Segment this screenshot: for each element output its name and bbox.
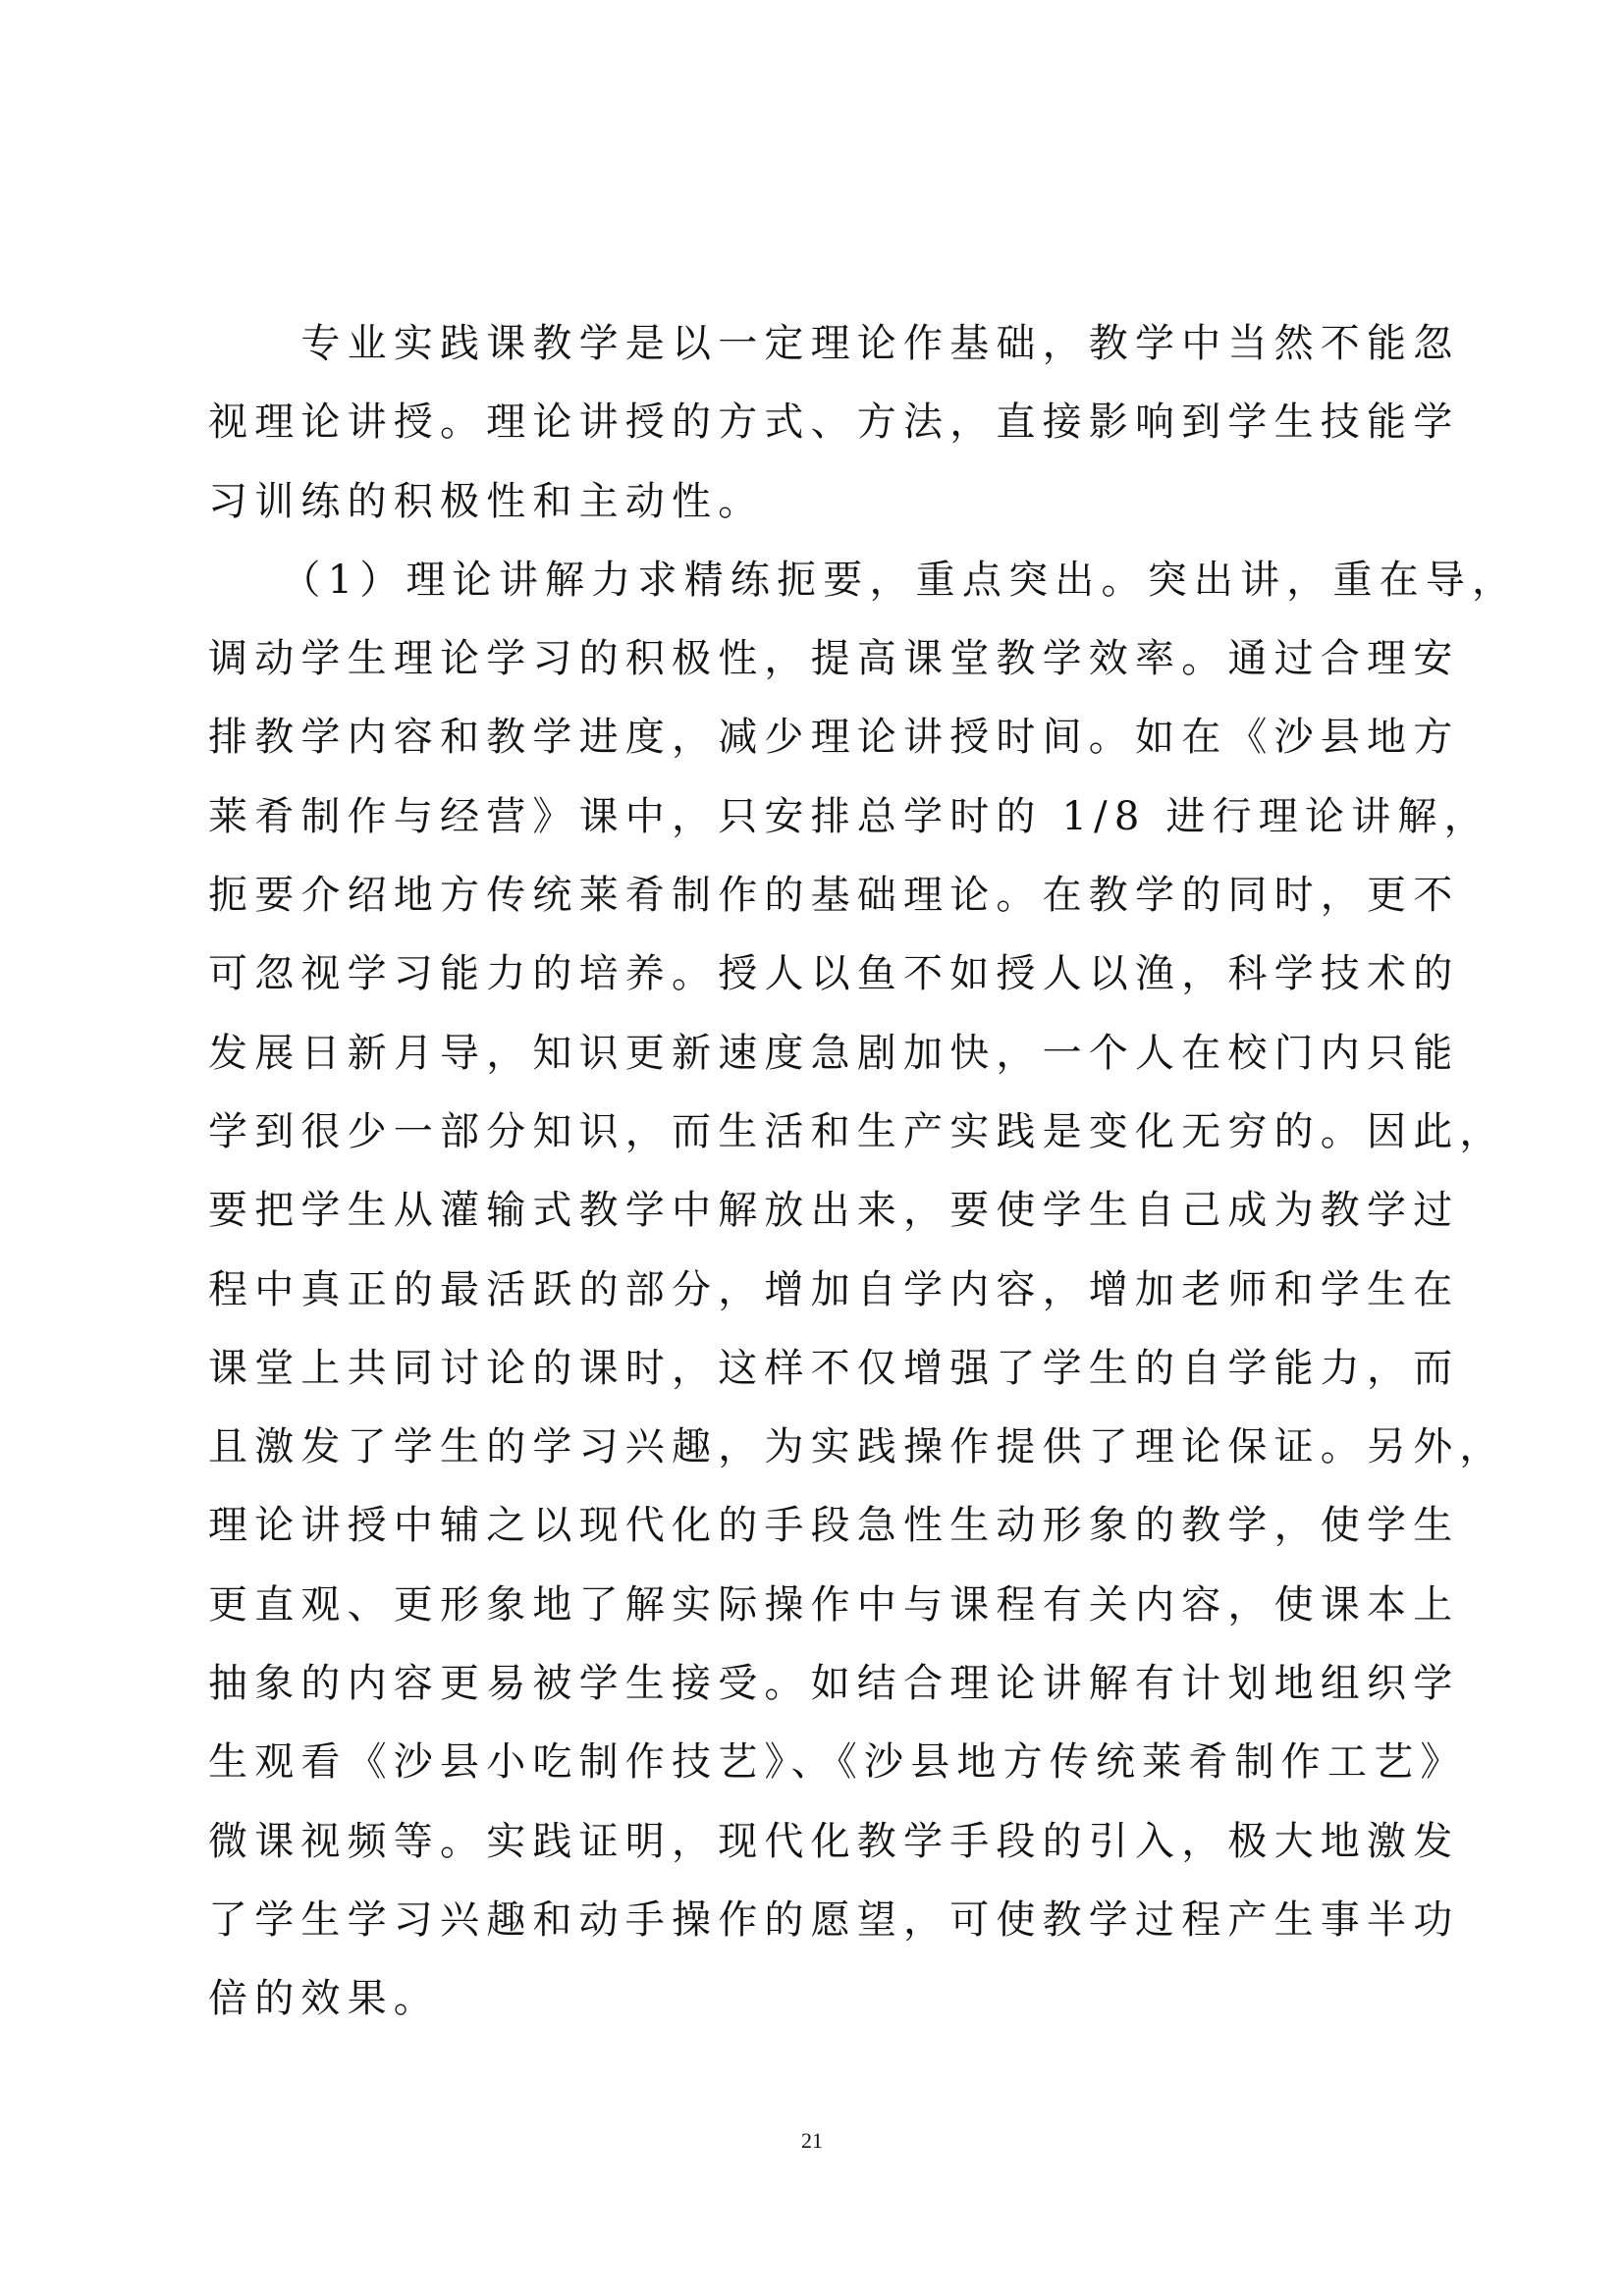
text-line: 了学生学习兴趣和动手操作的愿望，可使教学过程产生事半功 — [208, 1881, 1418, 1959]
text-line: 莱肴制作与经营》课中，只安排总学时的 1/8 进行理论讲解， — [208, 777, 1418, 856]
text-line: 程中真正的最活跃的部分，增加自学内容，增加老师和学生在 — [208, 1251, 1418, 1329]
text-line: 更直观、更形象地了解实际操作中与课程有关内容，使课本上 — [208, 1566, 1418, 1644]
text-line: 倍的效果。 — [208, 1959, 1418, 2038]
body-text: 专业实践课教学是以一定理论作基础，教学中当然不能忽 视理论讲授。理论讲授的方式、… — [208, 304, 1418, 2039]
text-line: 调动学生理论学习的积极性，提高课堂教学效率。通过合理安 — [208, 619, 1418, 698]
text-line: 学到很少一部分知识，而生活和生产实践是变化无穷的。因此， — [208, 1093, 1418, 1171]
text-line: 课堂上共同讨论的课时，这样不仅增强了学生的自学能力，而 — [208, 1329, 1418, 1408]
text-line: 视理论讲授。理论讲授的方式、方法，直接影响到学生技能学 — [208, 383, 1418, 461]
text-line: 发展日新月导，知识更新速度急剧加快，一个人在校门内只能 — [208, 1014, 1418, 1093]
text-line: 理论讲授中辅之以现代化的手段急性生动形象的教学，使学生 — [208, 1486, 1418, 1565]
text-line: 要把学生从灌输式教学中解放出来，要使学生自己成为教学过 — [208, 1171, 1418, 1250]
document-page: 专业实践课教学是以一定理论作基础，教学中当然不能忽 视理论讲授。理论讲授的方式、… — [0, 0, 1624, 2296]
text-line: 排教学内容和教学进度，减少理论讲授时间。如在《沙县地方 — [208, 698, 1418, 776]
text-line: 且激发了学生的学习兴趣，为实践操作提供了理论保证。另外， — [208, 1408, 1418, 1486]
text-line: 生观看《沙县小吃制作技艺》、《沙县地方传统莱肴制作工艺》 — [208, 1723, 1418, 1801]
text-line: （1）理论讲解力求精练扼要，重点突出。突出讲，重在导， — [208, 541, 1418, 619]
text-line: 微课视频等。实践证明，现代化教学手段的引入，极大地激发 — [208, 1802, 1418, 1881]
text-line: 习训练的积极性和主动性。 — [208, 462, 1418, 541]
text-line: 扼要介绍地方传统莱肴制作的基础理论。在教学的同时，更不 — [208, 856, 1418, 934]
text-line: 抽象的内容更易被学生接受。如结合理论讲解有计划地组织学 — [208, 1644, 1418, 1723]
text-line: 可忽视学习能力的培养。授人以鱼不如授人以渔，科学技术的 — [208, 934, 1418, 1013]
text-line: 专业实践课教学是以一定理论作基础，教学中当然不能忽 — [208, 304, 1418, 383]
page-number: 21 — [0, 2128, 1624, 2154]
